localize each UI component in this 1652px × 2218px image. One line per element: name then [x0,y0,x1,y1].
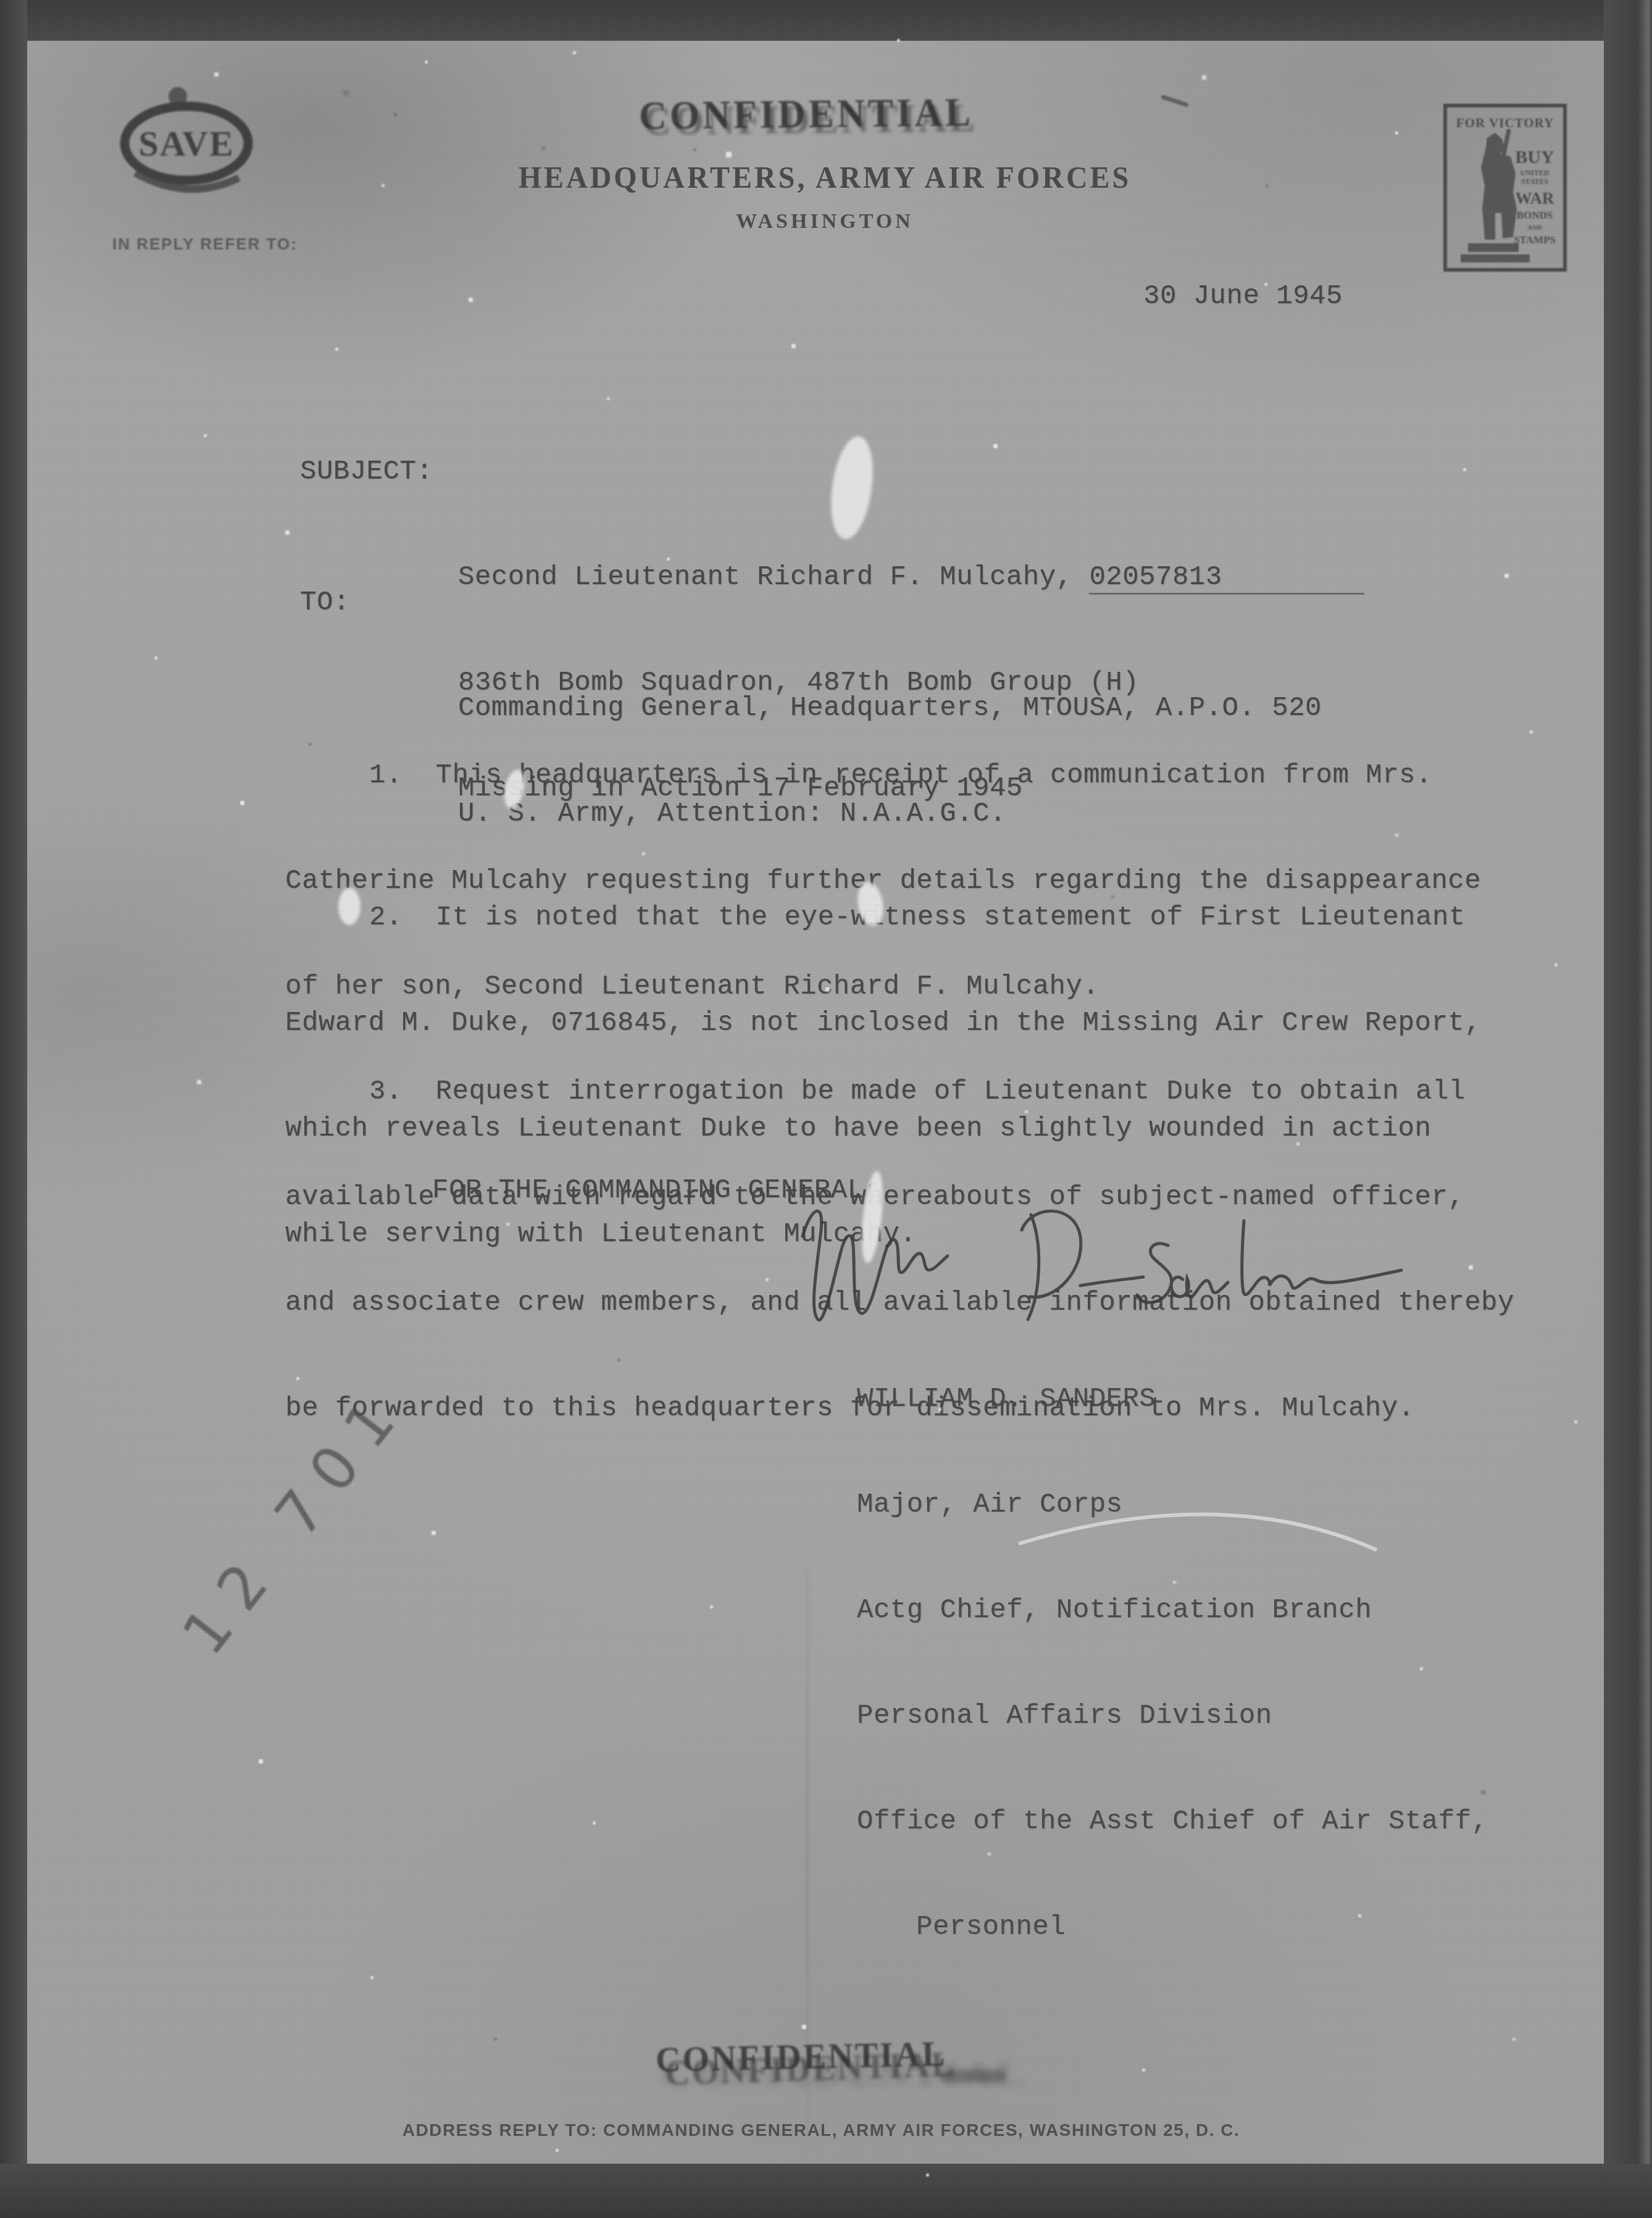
bonds-line: BUY [1515,147,1554,167]
photo-border-left [0,0,27,2218]
bonds-line: WAR [1515,189,1554,207]
classification-stamp-bottom: CONFIDENTIAL CONFIDENTIAL CONFIDENTIAL [656,2038,1001,2099]
bonds-line: STATES [1521,177,1549,186]
reply-refer-note: IN REPLY REFER TO: [112,235,298,254]
classification-ghost: CONFIDENTIAL [643,95,978,144]
classification-stamp-top: CONFIDENTIAL CONFIDENTIAL [639,93,960,154]
date: 30 June 1945 [1143,279,1343,314]
letterhead-org: HEADQUARTERS, ARMY AIR FORCES [519,160,1132,196]
bonds-header: FOR VICTORY [1456,115,1554,130]
save-stamp: SAVE [114,86,262,198]
signer-office-2: Personnel [857,1910,1488,1945]
letterhead-city: WASHINGTON [736,210,913,233]
stamp-smear-tail [938,2070,1006,2082]
photo-border-right [1604,0,1652,2218]
photo-border-bottom [0,2164,1652,2218]
signer-division: Personal Affairs Division [857,1699,1488,1734]
bonds-line: UNITED [1521,169,1550,177]
to-label: TO: [300,585,350,621]
war-bonds-stamp: FOR VICTORY BUY UNITED STATES WAR BONDS … [1442,103,1568,273]
bonds-line: STAMPS [1514,234,1556,246]
paper-crease [806,1568,809,2136]
subject-label: SUBJECT: [300,454,433,490]
photo-border-top [0,0,1652,41]
footer-address: ADDRESS REPLY TO: COMMANDING GENERAL, AR… [403,2120,1240,2140]
bonds-line: BONDS [1517,209,1553,221]
signer-title: Actg Chief, Notification Branch [857,1593,1488,1628]
bonds-line: AND [1527,224,1542,232]
signer-name: WILLIAM D. SANDERS [857,1382,1488,1417]
save-stamp-text: SAVE [138,123,234,164]
stamp-blot [169,87,187,106]
dark-specks [0,0,1,1]
stain [338,888,361,925]
paragraph-1-line: 1. This headquarters is in receipt of a … [285,758,1481,793]
signer-rank: Major, Air Corps [857,1488,1488,1523]
scanned-letter-page: SAVE CONFIDENTIAL CONFIDENTIAL HEADQUART… [0,0,1652,2218]
signer-office: Office of the Asst Chief of Air Staff, [857,1804,1488,1839]
signature-block: WILLIAM D. SANDERS Major, Air Corps Actg… [857,1312,1488,2015]
paragraph-3-line: 3. Request interrogation be made of Lieu… [285,1074,1514,1110]
